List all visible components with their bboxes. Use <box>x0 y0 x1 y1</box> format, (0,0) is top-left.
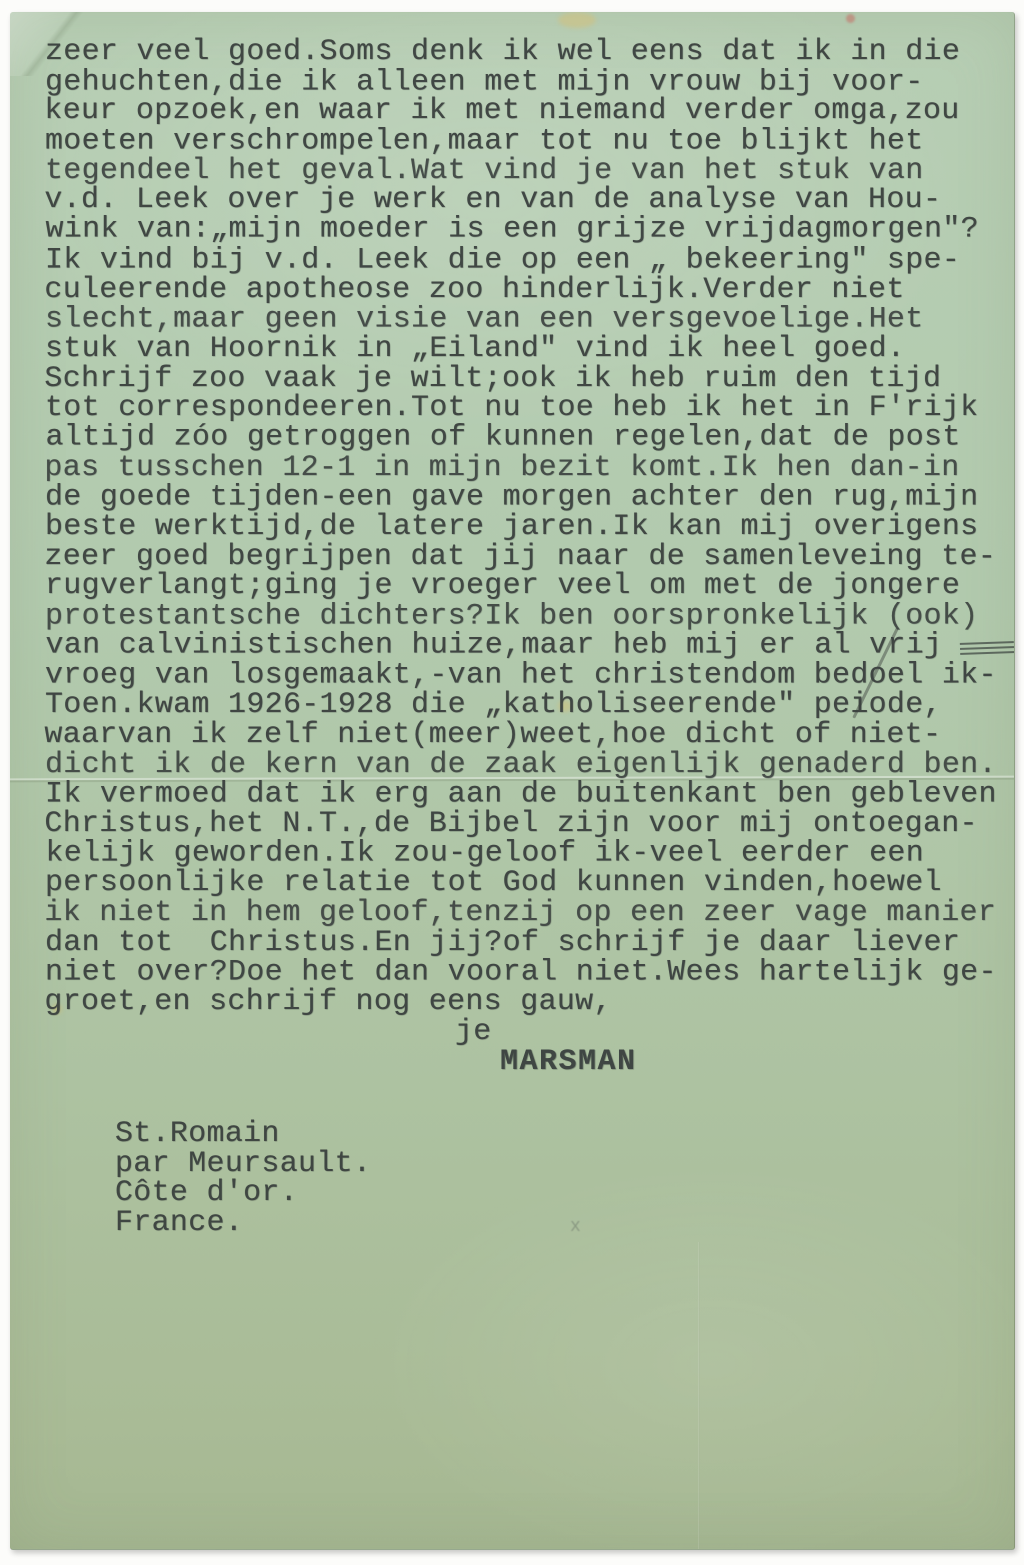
letter-line: beste werktijd,de latere jaren.Ik kan mi… <box>45 513 1013 543</box>
x-smudge: x <box>570 1220 584 1234</box>
letter-line: tegendeel het geval.Wat vind je van het … <box>45 157 1013 187</box>
address-block: St.Romainpar Meursault.Côte d'or.France. <box>115 1120 371 1239</box>
letter-line: zeer goed begrijpen dat jij naar de same… <box>44 543 1012 573</box>
signature: MARSMAN <box>500 1048 637 1078</box>
letter-line: waarvan ik zelf niet(meer)weet,hoe dicht… <box>44 721 1012 751</box>
letter-line: keur opzoek,en waar ik met niemand verde… <box>44 97 1012 127</box>
letter-line: wink van:„mijn moeder is een grijze vrij… <box>46 216 1014 246</box>
letter-line: moeten verschrompelen,maar tot nu toe bl… <box>45 128 1013 158</box>
letter-line: stuk van Hoornik in „Eiland" vind ik hee… <box>45 335 1013 365</box>
letter-body: zeer veel goed.Soms denk ik wel eens dat… <box>45 38 1013 1018</box>
letter-line: culeerende apotheose zoo hinderlijk.Verd… <box>44 276 1012 306</box>
address-line: par Meursault. <box>115 1150 371 1180</box>
letter-line: dicht ik de kern van de zaak eigenlijk g… <box>45 751 1013 781</box>
letter-line: van calvinistischen huize,maar heb mij e… <box>46 631 1014 661</box>
letter-line: persoonlijke relatie tot God kunnen vind… <box>45 869 1013 899</box>
letter-line: slecht,maar geen visie van een versgevoe… <box>45 306 1013 336</box>
letter-line: rugverlangt;ging je vroeger veel om met … <box>45 572 1013 602</box>
closing-salutation: je <box>455 1018 492 1048</box>
address-line: St.Romain <box>115 1120 371 1150</box>
vertical-crease <box>698 1242 700 1549</box>
letter-line: altijd zóo getroggen of kunnen regelen,d… <box>46 424 1014 454</box>
letter-paper: x zeer veel goed.Soms denk ik wel eens d… <box>10 12 1015 1550</box>
address-line: France. <box>115 1209 371 1239</box>
red-speck-stain <box>846 14 855 23</box>
letter-line: Christus,het N.T.,de Bijbel zijn voor mi… <box>44 810 1012 840</box>
address-line: Côte d'or. <box>115 1179 371 1209</box>
letter-line: pas tusschen 12-1 in mijn bezit komt.Ik … <box>44 454 1012 484</box>
letter-line: Toen.kwam 1926-1928 die „katholiseerende… <box>45 691 1013 721</box>
letter-line: groet,en schrijf nog eens gauw, <box>44 988 1012 1018</box>
tape-stain <box>558 12 596 28</box>
letter-line: v.d. Leek over je werk en van de analyse… <box>44 186 1012 216</box>
letter-line: dan tot Christus.En jij?of schrijf je da… <box>45 929 1013 959</box>
photo-background: x zeer veel goed.Soms denk ik wel eens d… <box>0 0 1024 1565</box>
letter-line: kelijk geworden.Ik zou-geloof ik-veel ee… <box>46 839 1014 869</box>
letter-line: tot correspondeeren.Tot nu toe heb ik he… <box>45 394 1013 424</box>
letter-line: Schrijf zoo vaak je wilt;ook ik heb ruim… <box>44 365 1012 395</box>
letter-line: ik niet in hem geloof,tenzij op een zeer… <box>44 899 1012 929</box>
letter-line: zeer veel goed.Soms denk ik wel eens dat… <box>45 38 1013 68</box>
